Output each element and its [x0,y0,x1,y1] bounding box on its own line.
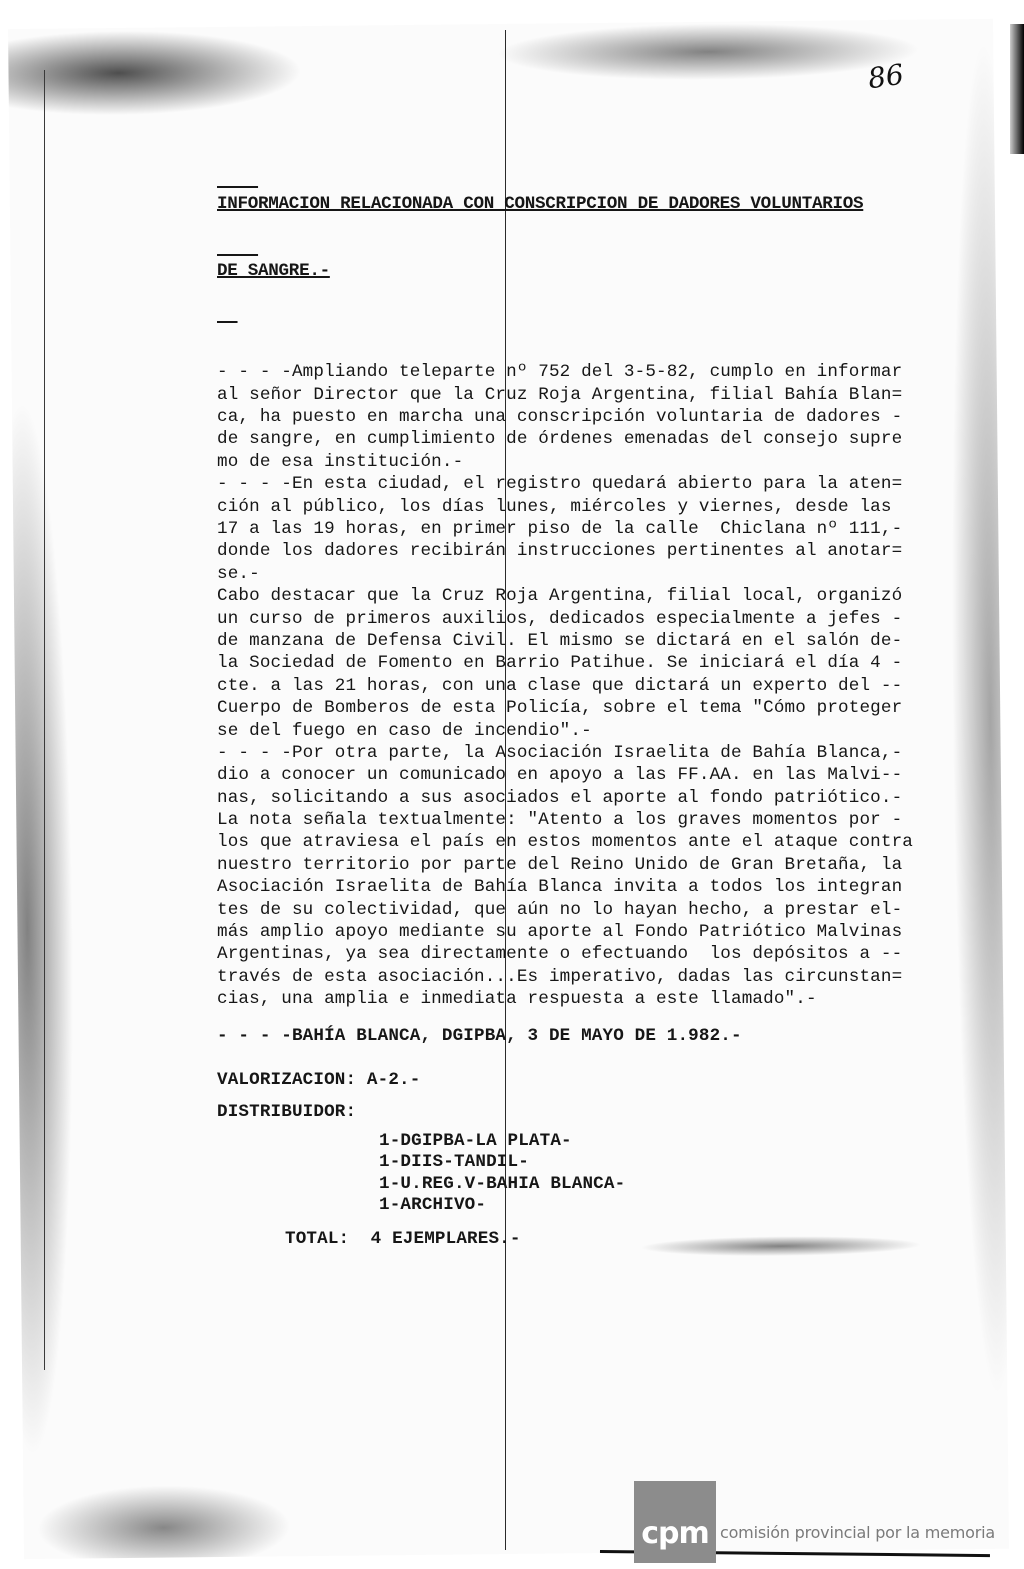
valorizacion: VALORIZACION: A-2.- [217,1069,977,1091]
title-line: INFORMACION RELACIONADA CON CONSCRIPCION… [217,193,977,215]
text-line: - - - -En esta ciudad, el registro queda… [217,473,977,495]
text-line: - - - -Por otra parte, la Asociación Isr… [217,742,977,764]
distribuidor-item: 1-U.REG.V-BAHIA BLANCA- [379,1173,977,1195]
text-line: de sangre, en cumplimiento de órdenes em… [217,428,977,450]
cpm-logo-abbr: cpm [641,1519,709,1549]
text-line: ción al público, los días lunes, miércol… [217,496,977,518]
text-line: Cabo destacar que la Cruz Roja Argentina… [217,585,977,607]
text-line: Asociación Israelita de Bahía Blanca inv… [217,876,977,898]
text-line: ca, ha puesto en marcha una conscripción… [217,406,977,428]
text-line: 17 a las 19 horas, en primer piso de la … [217,518,977,540]
text-line: Cuerpo de Bomberos de esta Policía, sobr… [217,697,977,719]
text-line: un curso de primeros auxilios, dedicados… [217,608,977,630]
text-line: dio a conocer un comunicado en apoyo a l… [217,764,977,786]
distribuidor-label: DISTRIBUIDOR: [217,1101,977,1123]
document-body: INFORMACION RELACIONADA CON CONSCRIPCION… [217,148,977,1250]
text-line: nas, solicitando a sus asociados el apor… [217,787,977,809]
text-line: cte. a las 21 horas, con una clase que d… [217,675,977,697]
text-line: mo de esa institución.- [217,451,977,473]
distribuidor-item: 1-DGIPBA-LA PLATA- [379,1130,977,1152]
text-line: más amplio apoyo mediante su aporte al F… [217,921,977,943]
page-edge-shadow [1010,24,1024,154]
text-line: través de esta asociación...Es imperativ… [217,966,977,988]
text-line: La nota señala textualmente: "Atento a l… [217,809,977,831]
text-line: al señor Director que la Cruz Roja Argen… [217,384,977,406]
text-line: cias, una amplia e inmediata respuesta a… [217,988,977,1010]
text-line: tes de su colectividad, que aún no lo ha… [217,899,977,921]
distribuidor-item: 1-ARCHIVO- [379,1194,977,1216]
text-line: de manzana de Defensa Civil. El mismo se… [217,630,977,652]
text-line: Argentinas, ya sea directamente o efectu… [217,943,977,965]
cpm-logo-text: comisión provincial por la memoria [720,1523,995,1542]
fold-line-left [44,70,45,1370]
text-line: la Sociedad de Fomento en Barrio Patihue… [217,652,977,674]
cpm-logo-box: cpm [634,1481,716,1563]
text-line: los que atraviesa el país en estos momen… [217,831,977,853]
closing-line: - - - -BAHÍA BLANCA, DGIPBA, 3 DE MAYO D… [217,1025,977,1047]
text-line: nuestro territorio por parte del Reino U… [217,854,977,876]
report-text: - - - -Ampliando teleparte nº 752 del 3-… [217,361,977,1010]
text-line: se.- [217,563,977,585]
text-line: se del fuego en caso de incendio".- [217,720,977,742]
text-line: donde los dadores recibirán instruccione… [217,540,977,562]
total-copies: TOTAL: 4 EJEMPLARES.- [285,1228,977,1250]
cpm-watermark: cpm comisión provincial por la memoria [634,1481,995,1563]
distribuidor-item: 1-DIIS-TANDIL- [379,1151,977,1173]
document-title: INFORMACION RELACIONADA CON CONSCRIPCION… [217,148,977,327]
text-line: - - - -Ampliando teleparte nº 752 del 3-… [217,361,977,383]
handwritten-page-number: 86 [866,58,906,96]
distribuidor-list: 1-DGIPBA-LA PLATA-1-DIIS-TANDIL-1-U.REG.… [379,1130,977,1216]
title-line: DE SANGRE.- [217,260,977,282]
